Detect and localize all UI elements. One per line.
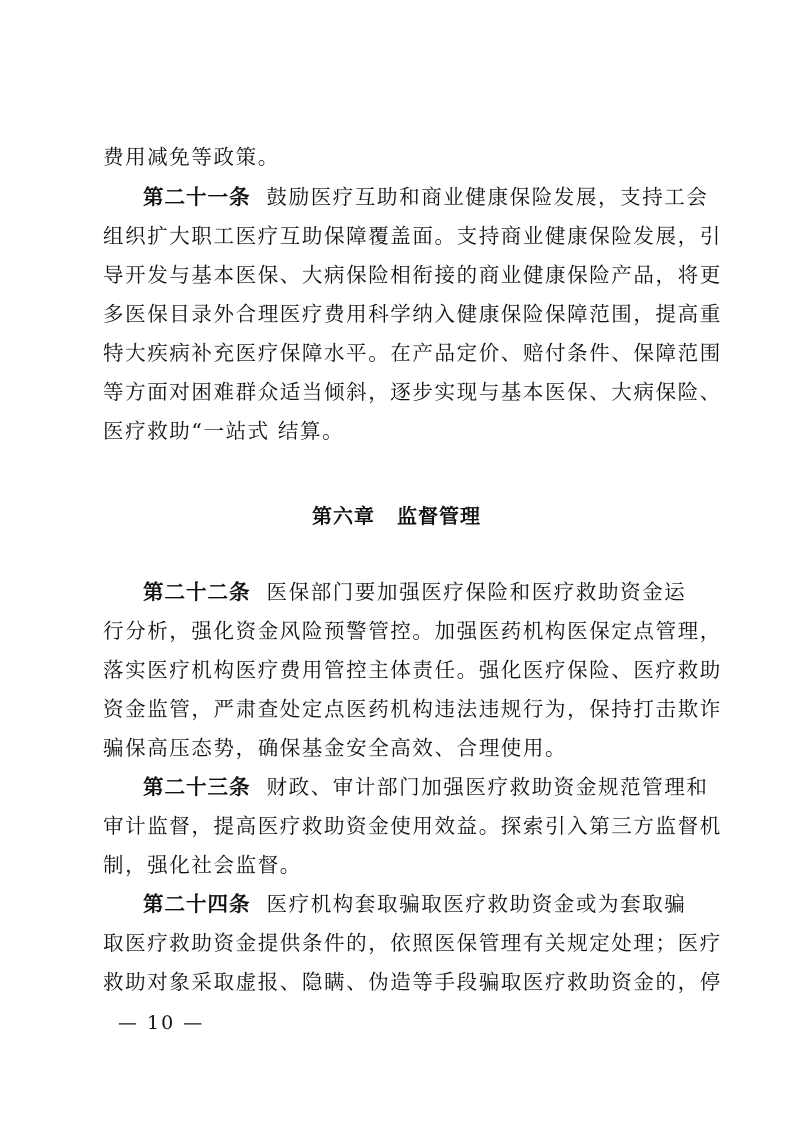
text-line: 医疗救助“一站式 结算。 (103, 417, 703, 445)
chapter-heading: 第六章监督管理 (0, 500, 793, 529)
article-24-first-line: 第二十四条医疗机构套取骗取医疗救助资金或为套取骗 (103, 890, 703, 918)
page-number: — 10 — (118, 1012, 204, 1034)
text-line: 特大疾病补充医疗保障水平。在产品定价、赔付条件、保障范围 (103, 339, 703, 367)
text-line: 取医疗救助资金提供条件的，依照医保管理有关规定处理；医疗 (103, 929, 703, 957)
article-label: 第二十四条 (143, 892, 251, 916)
article-label: 第二十二条 (143, 580, 251, 604)
article-21-first-line: 第二十一条鼓励医疗互助和商业健康保险发展，支持工会 (103, 183, 703, 211)
article-label: 第二十一条 (143, 185, 251, 209)
text-line: 资金监管，严肃查处定点医药机构违法违规行为，保持打击欺诈 (103, 695, 703, 723)
text-line: 骗保高压态势，确保基金安全高效、合理使用。 (103, 734, 703, 762)
text-line: 审计监督，提高医疗救助资金使用效益。探索引入第三方监督机 (103, 812, 703, 840)
article-22-first-line: 第二十二条医保部门要加强医疗保险和医疗救助资金运 (103, 578, 703, 606)
document-page: 费用减免等政策。 第二十一条鼓励医疗互助和商业健康保险发展，支持工会 组织扩大职… (0, 0, 793, 1122)
text-line: 费用减免等政策。 (103, 143, 703, 171)
article-label: 第二十三条 (143, 775, 251, 799)
text-line: 制，强化社会监督。 (103, 851, 703, 879)
article-23-first-line: 第二十三条财政、审计部门加强医疗救助资金规范管理和 (103, 773, 703, 801)
text-line: 救助对象采取虚报、隐瞒、伪造等手段骗取医疗救助资金的，停 (103, 968, 703, 996)
text-line: 等方面对困难群众适当倾斜，逐步实现与基本医保、大病保险、 (103, 378, 703, 406)
text-line: 导开发与基本医保、大病保险相衔接的商业健康保险产品，将更 (103, 261, 703, 289)
text-line: 多医保目录外合理医疗费用科学纳入健康保险保障范围，提高重 (103, 300, 703, 328)
text-line: 组织扩大职工医疗互助保障覆盖面。支持商业健康保险发展，引 (103, 222, 703, 250)
text-line: 落实医疗机构医疗费用管控主体责任。强化医疗保险、医疗救助 (103, 656, 703, 684)
text-line: 行分析，强化资金风险预警管控。加强医药机构医保定点管理， (103, 617, 703, 645)
